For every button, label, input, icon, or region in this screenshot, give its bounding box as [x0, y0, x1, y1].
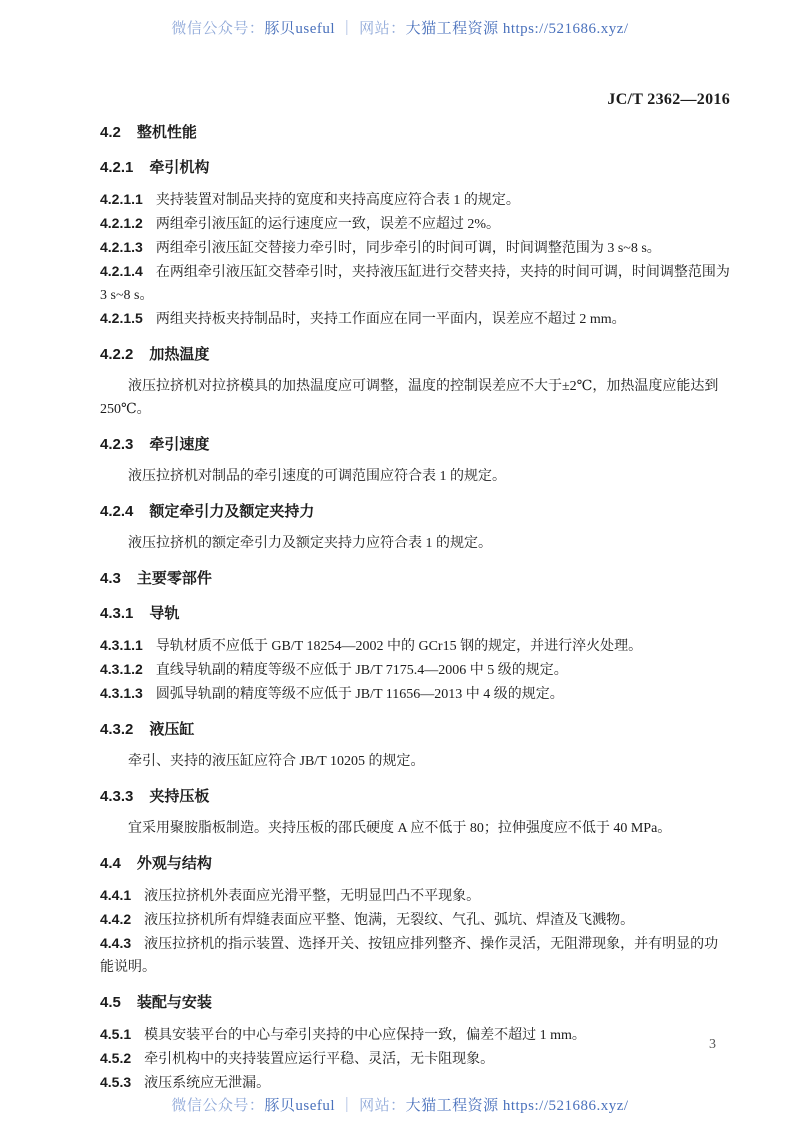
standard-number: JC/T 2362—2016 [100, 91, 730, 109]
subsection-heading-4-2-1: 4.2.1牵引机构 [100, 156, 730, 179]
document-body: 4.2整机性能 4.2.1牵引机构 4.2.1.1夹持装置对制品夹持的宽度和夹持… [100, 121, 730, 1095]
footer-promo-wechat-account: 豚贝useful [264, 1098, 335, 1114]
section-heading-4-3: 4.3主要零部件 [100, 567, 730, 590]
paragraph-clamping-plate: 宜采用聚胺脂板制造。夹持压板的邵氏硬度 A 应不低于 80；拉伸强度应不低于 4… [100, 817, 730, 840]
paragraph-hydraulic-cylinder: 牵引、夹持的液压缸应符合 JB/T 10205 的规定。 [100, 750, 730, 773]
subsection-heading-4-3-1: 4.3.1导轨 [100, 602, 730, 625]
section-heading-4-4: 4.4外观与结构 [100, 852, 730, 875]
header-promo-separator-site-label: ｜ 网站： [335, 21, 406, 37]
subsection-heading-4-2-4: 4.2.4额定牵引力及额定夹持力 [100, 500, 730, 523]
clause-4-5-1: 4.5.1模具安装平台的中心与牵引夹持的中心应保持一致，偏差不超过 1 mm。 [100, 1023, 730, 1047]
subsection-heading-4-2-2: 4.2.2加热温度 [100, 343, 730, 366]
paragraph-traction-speed: 液压拉挤机对制品的牵引速度的可调范围应符合表 1 的规定。 [100, 465, 730, 488]
footer-promo-wechat-label: 微信公众号： [171, 1098, 264, 1114]
clause-4-4-3: 4.4.3液压拉挤机的指示装置、选择开关、按钮应排列整齐、操作灵活，无阻滞现象，… [100, 932, 730, 979]
clause-4-2-1-2: 4.2.1.2两组牵引液压缸的运行速度应一致，误差不应超过 2%。 [100, 212, 730, 236]
subsection-heading-4-2-3: 4.2.3牵引速度 [100, 433, 730, 456]
page-number: 3 [709, 1037, 716, 1053]
clause-4-3-1-3: 4.3.1.3圆弧导轨副的精度等级不应低于 JB/T 11656—2013 中 … [100, 682, 730, 706]
header-promo-wechat-account: 豚贝useful [264, 21, 335, 37]
clause-4-4-2: 4.4.2液压拉挤机所有焊缝表面应平整、饱满，无裂纹、气孔、弧坑、焊渣及飞溅物。 [100, 908, 730, 932]
clause-4-5-2: 4.5.2牵引机构中的夹持装置应运行平稳、灵活，无卡阻现象。 [100, 1047, 730, 1071]
clause-4-3-1-1: 4.3.1.1导轨材质不应低于 GB/T 18254—2002 中的 GCr15… [100, 634, 730, 658]
header-promo-site-url: 大猫工程资源 https://521686.xyz/ [406, 21, 629, 37]
footer-promo-separator-site-label: ｜ 网站： [335, 1098, 406, 1114]
paragraph-rated-force: 液压拉挤机的额定牵引力及额定夹持力应符合表 1 的规定。 [100, 532, 730, 555]
section-heading-4-2: 4.2整机性能 [100, 121, 730, 144]
footer-promo-line: 微信公众号：豚贝useful ｜ 网站：大猫工程资源 https://52168… [0, 1094, 800, 1115]
header-promo-wechat-label: 微信公众号： [171, 21, 264, 37]
clause-4-2-1-4: 4.2.1.4在两组牵引液压缸交替牵引时，夹持液压缸进行交替夹持，夹持的时间可调… [100, 260, 730, 307]
clause-4-2-1-3: 4.2.1.3两组牵引液压缸交替接力牵引时，同步牵引的时间可调，时间调整范围为 … [100, 236, 730, 260]
document-page: 微信公众号：豚贝useful ｜ 网站：大猫工程资源 https://52168… [0, 0, 800, 1131]
clause-4-4-1: 4.4.1液压拉挤机外表面应光滑平整，无明显凹凸不平现象。 [100, 884, 730, 908]
clause-4-3-1-2: 4.3.1.2直线导轨副的精度等级不应低于 JB/T 7175.4—2006 中… [100, 658, 730, 682]
clause-4-2-1-5: 4.2.1.5两组夹持板夹持制品时，夹持工作面应在同一平面内，误差应不超过 2 … [100, 307, 730, 331]
clause-4-5-3: 4.5.3液压系统应无泄漏。 [100, 1071, 730, 1095]
paragraph-heating-temperature: 液压拉挤机对拉挤模具的加热温度应可调整，温度的控制误差应不大于±2℃，加热温度应… [100, 375, 730, 421]
header-promo-line: 微信公众号：豚贝useful ｜ 网站：大猫工程资源 https://52168… [0, 0, 800, 38]
subsection-heading-4-3-2: 4.3.2液压缸 [100, 718, 730, 741]
clause-4-2-1-1: 4.2.1.1夹持装置对制品夹持的宽度和夹持高度应符合表 1 的规定。 [100, 188, 730, 212]
footer-promo-site-url: 大猫工程资源 https://521686.xyz/ [406, 1098, 629, 1114]
section-heading-4-5: 4.5装配与安装 [100, 991, 730, 1014]
subsection-heading-4-3-3: 4.3.3夹持压板 [100, 785, 730, 808]
